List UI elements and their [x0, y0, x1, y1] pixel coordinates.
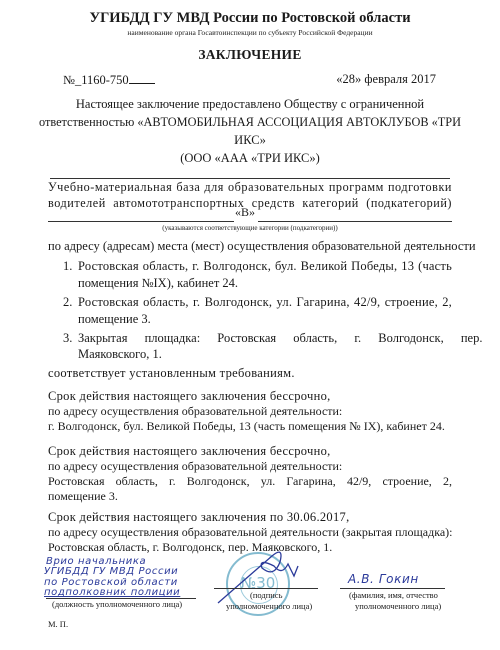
category-underline-left — [48, 221, 234, 222]
handwritten-position: подполковник полиции — [44, 587, 180, 598]
divider-line — [50, 178, 450, 179]
seal-label: М. П. — [48, 619, 68, 629]
base-line-1: Учебно-материальная база для образовател… — [48, 180, 452, 195]
number-value: 1160-750 — [81, 73, 128, 87]
category-caption: (указываются соответствующие категории (… — [0, 224, 500, 232]
organization-caption: наименование органа Госавтоинспекции по … — [0, 28, 500, 37]
document-date: «28» февраля 2017 — [336, 72, 436, 87]
validity-line: помещение 3. — [48, 489, 118, 504]
address-line: помещение 3. — [78, 312, 151, 327]
validity-line: по адресу осуществления образовательной … — [48, 525, 453, 540]
intro-line-3: ИКС» — [0, 133, 500, 148]
document-page: УГИБДД ГУ МВД России по Ростовской облас… — [0, 0, 500, 650]
name-caption: уполномоченного лица) — [355, 601, 441, 611]
address-line: Маяковского, 1. — [78, 347, 162, 362]
address-line: Ростовская область, г. Волгодонск, ул. Г… — [78, 295, 452, 310]
document-title: ЗАКЛЮЧЕНИЕ — [0, 47, 500, 63]
number-underline — [129, 72, 155, 84]
signature-caption: уполномоченного лица) — [226, 601, 312, 611]
organization-name: УГИБДД ГУ МВД России по Ростовской облас… — [0, 10, 500, 27]
validity-line: Ростовская область, г. Волгодонск, ул. Г… — [48, 474, 452, 489]
address-number: 3. — [63, 331, 72, 346]
validity-line: Срок действия настоящего заключения бесс… — [48, 389, 331, 404]
address-intro: по адресу (адресам) места (мест) осущест… — [48, 239, 476, 254]
signature-caption: (подпись — [250, 590, 282, 600]
validity-line: г. Волгодонск, бул. Великой Победы, 13 (… — [48, 419, 445, 434]
name-line — [340, 588, 445, 589]
signature-line — [214, 588, 318, 589]
validity-line: по адресу осуществления образовательной … — [48, 404, 342, 419]
validity-line: по адресу осуществления образовательной … — [48, 459, 342, 474]
document-number: №_1160-750 — [63, 72, 155, 88]
address-number: 1. — [63, 259, 72, 274]
address-line: Закрытая площадка: Ростовская область, г… — [78, 331, 452, 346]
address-line: Ростовская область, г. Волгодонск, бул. … — [78, 259, 452, 274]
address-line: помещения №IX), кабинет 24. — [78, 276, 238, 291]
handwritten-position: УГИБДД ГУ МВД России — [44, 566, 178, 577]
intro-short-name: (ООО «ААА «ТРИ ИКС») — [0, 151, 500, 166]
intro-line-2: ответственностью «АВТОМОБИЛЬНАЯ АССОЦИАЦ… — [0, 115, 500, 130]
name-caption: (фамилия, имя, отчество — [349, 590, 438, 600]
intro-line-1: Настоящее заключение предоставлено Общес… — [0, 97, 500, 112]
position-caption: (должность уполномоченного лица) — [52, 599, 182, 609]
validity-line: Срок действия настоящего заключения бесс… — [48, 444, 331, 459]
compliance-text: соответствует установленным требованиям. — [48, 366, 295, 381]
address-number: 2. — [63, 295, 72, 310]
number-prefix: № — [63, 73, 75, 87]
validity-line: Срок действия настоящего заключения по 3… — [48, 510, 350, 525]
handwritten-name: А.В. Гокин — [348, 572, 419, 586]
category-underline-right — [258, 221, 452, 222]
category-value: «В» — [235, 205, 255, 220]
